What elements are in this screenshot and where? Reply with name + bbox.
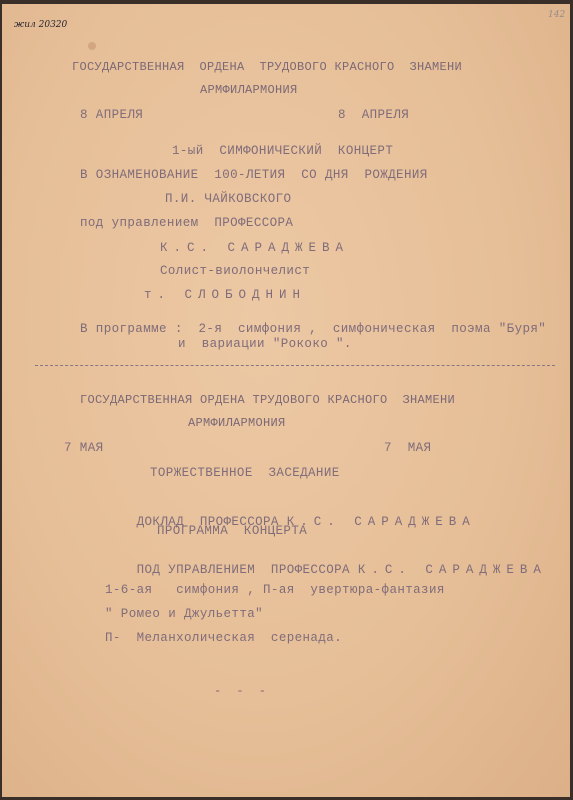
soloist-name: т. СЛОБОДНИН (144, 288, 306, 302)
inventory-number: жил 20320 (14, 20, 67, 30)
conductor-prefix: ПОД УПРАВЛЕНИЕМ ПРОФЕССОРА (137, 563, 358, 577)
program-line2: и вариации "Рококо ". (178, 337, 352, 351)
org-name-line1: ГОСУДАРСТВЕННАЯ ОРДЕНА ТРУДОВОГО КРАСНОГ… (72, 60, 462, 74)
document-page: жил 20320 142 ГОСУДАРСТВЕННАЯ ОРДЕНА ТРУ… (2, 4, 570, 797)
page-number: 142 (548, 10, 565, 20)
date-left: 8 АПРЕЛЯ (80, 108, 143, 122)
conductor-intro: под управлением ПРОФЕССОРА (80, 216, 293, 230)
paper-stain (88, 42, 96, 50)
closing-dashes: - - - (214, 684, 270, 698)
date-left-2: 7 МАЯ (64, 441, 104, 455)
date-right: 8 АПРЕЛЯ (338, 108, 409, 122)
event-title: 1-ый СИМФОНИЧЕСКИЙ КОНЦЕРТ (172, 144, 393, 158)
section-divider (35, 365, 555, 366)
program-item-1: 1-6-ая симфония , П-ая увертюра-фантазия (105, 583, 445, 597)
occasion-line: В ОЗНАМЕНОВАНИЕ 100-ЛЕТИЯ СО ДНЯ РОЖДЕНИ… (80, 168, 428, 182)
composer-name: П.И. ЧАЙКОВСКОГО (165, 192, 291, 206)
org-name-line2-2: АРМФИЛАРМОНИЯ (188, 416, 286, 430)
program-header: ПРОГРАММА КОНЦЕРТА (157, 524, 307, 538)
org-name-line1-2: ГОСУДАРСТВЕННАЯ ОРДЕНА ТРУДОВОГО КРАСНОГ… (80, 393, 455, 407)
org-name-line2: АРМФИЛАРМОНИЯ (200, 83, 298, 97)
program-item-3: П- Меланхолическая серенада. (105, 631, 342, 645)
date-right-2: 7 МАЯ (384, 441, 431, 455)
program-line1: В программе : 2-я симфония , симфоническ… (80, 322, 546, 336)
event-title-2: ТОРЖЕСТВЕННОЕ ЗАСЕДАНИЕ (150, 466, 340, 480)
report-speaker: К.С. САРАДЖЕВА (287, 515, 476, 529)
conductor-name: К.С. САРАДЖЕВА (160, 241, 349, 255)
soloist-role: Солист-виолончелист (160, 264, 310, 278)
conductor-name-2: К.С. САРАДЖЕВА (358, 563, 547, 577)
program-item-2: " Ромео и Джульетта" (105, 607, 263, 621)
